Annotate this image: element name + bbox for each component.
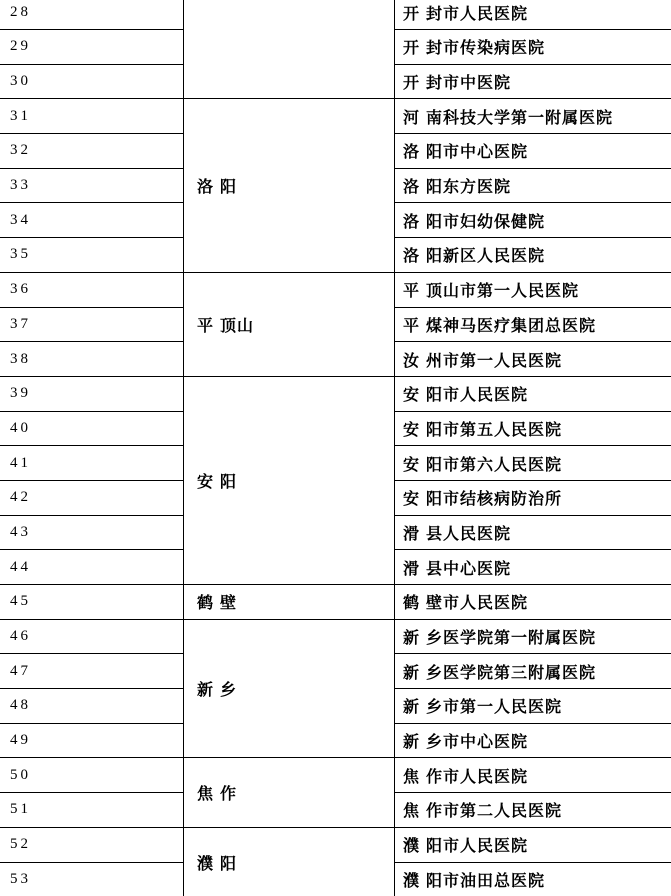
hospital-name: 焦作市第二人民医院 <box>403 798 671 821</box>
city-name: 新乡 <box>197 677 394 700</box>
city-cell: 安阳 <box>184 377 395 585</box>
row-number: 52 <box>10 836 183 853</box>
hospital-cell: 新乡医学院第一附属医院 <box>395 620 671 655</box>
row-number: 28 <box>10 4 183 21</box>
city-cell: 新乡 <box>184 620 395 759</box>
row-number: 42 <box>10 489 183 506</box>
city-name: 平顶山 <box>197 313 394 336</box>
hospital-cell: 安阳市第五人民医院 <box>395 412 671 447</box>
hospital-cell: 濮阳市人民医院 <box>395 828 671 863</box>
row-number: 35 <box>10 246 183 263</box>
row-number-cell: 52 <box>0 828 184 863</box>
city-name: 鹤壁 <box>197 590 394 613</box>
hospital-cell: 安阳市人民医院 <box>395 377 671 412</box>
row-number: 43 <box>10 524 183 541</box>
hospital-cell: 河南科技大学第一附属医院 <box>395 99 671 134</box>
row-number-cell: 33 <box>0 169 184 204</box>
page: 28开封市人民医院29开封市传染病医院30开封市中医院31河南科技大学第一附属医… <box>0 0 671 896</box>
hospital-cell: 新乡市第一人民医院 <box>395 689 671 724</box>
hospital-name: 滑县人民医院 <box>403 521 671 544</box>
hospital-cell: 洛阳市妇幼保健院 <box>395 203 671 238</box>
row-number: 33 <box>10 177 183 194</box>
row-number-cell: 38 <box>0 342 184 377</box>
hospital-name: 滑县中心医院 <box>403 556 671 579</box>
hospital-name: 新乡医学院第三附属医院 <box>403 660 671 683</box>
row-number-cell: 46 <box>0 620 184 655</box>
hospital-cell: 开封市传染病医院 <box>395 30 671 65</box>
row-number-cell: 43 <box>0 516 184 551</box>
row-number: 46 <box>10 628 183 645</box>
row-number-cell: 30 <box>0 65 184 100</box>
row-number-cell: 28 <box>0 0 184 30</box>
row-number-cell: 49 <box>0 724 184 759</box>
hospital-name: 焦作市人民医院 <box>403 764 671 787</box>
row-number-cell: 45 <box>0 585 184 620</box>
row-number-cell: 31 <box>0 99 184 134</box>
hospital-cell: 新乡市中心医院 <box>395 724 671 759</box>
city-cell: 洛阳 <box>184 99 395 272</box>
row-number: 51 <box>10 801 183 818</box>
hospital-cell: 鹤壁市人民医院 <box>395 585 671 620</box>
hospital-name: 濮阳市人民医院 <box>403 833 671 856</box>
hospital-cell: 濮阳市油田总医院 <box>395 863 671 896</box>
row-number: 38 <box>10 351 183 368</box>
row-number: 53 <box>10 871 183 888</box>
row-number-cell: 32 <box>0 134 184 169</box>
row-number-cell: 50 <box>0 758 184 793</box>
row-number: 29 <box>10 38 183 55</box>
hospital-cell: 汝州市第一人民医院 <box>395 342 671 377</box>
hospital-name: 河南科技大学第一附属医院 <box>403 105 671 128</box>
city-name: 焦作 <box>197 781 394 804</box>
hospital-name: 洛阳新区人民医院 <box>403 243 671 266</box>
city-cell <box>184 0 395 99</box>
hospital-cell: 焦作市人民医院 <box>395 758 671 793</box>
hospital-name: 安阳市第五人民医院 <box>403 417 671 440</box>
row-number-cell: 51 <box>0 793 184 828</box>
row-number-cell: 40 <box>0 412 184 447</box>
row-number: 44 <box>10 559 183 576</box>
row-number: 41 <box>10 455 183 472</box>
hospital-cell: 滑县中心医院 <box>395 550 671 585</box>
hospital-name: 洛阳市妇幼保健院 <box>403 209 671 232</box>
row-number: 50 <box>10 767 183 784</box>
city-cell: 鹤壁 <box>184 585 395 620</box>
row-number-cell: 53 <box>0 863 184 896</box>
hospital-name: 汝州市第一人民医院 <box>403 348 671 371</box>
hospital-name: 新乡医学院第一附属医院 <box>403 625 671 648</box>
row-number-cell: 42 <box>0 481 184 516</box>
hospital-cell: 开封市中医院 <box>395 65 671 100</box>
hospital-name: 安阳市人民医院 <box>403 382 671 405</box>
hospital-cell: 平煤神马医疗集团总医院 <box>395 308 671 343</box>
hospital-name: 平顶山市第一人民医院 <box>403 278 671 301</box>
city-cell: 平顶山 <box>184 273 395 377</box>
hospital-cell: 平顶山市第一人民医院 <box>395 273 671 308</box>
hospital-name: 新乡市中心医院 <box>403 729 671 752</box>
row-number: 36 <box>10 281 183 298</box>
hospital-cell: 滑县人民医院 <box>395 516 671 551</box>
row-number-cell: 41 <box>0 446 184 481</box>
hospital-cell: 安阳市结核病防治所 <box>395 481 671 516</box>
row-number-cell: 34 <box>0 203 184 238</box>
hospital-name: 开封市人民医院 <box>403 1 671 24</box>
hospital-cell: 安阳市第六人民医院 <box>395 446 671 481</box>
row-number-cell: 29 <box>0 30 184 65</box>
city-cell: 焦作 <box>184 758 395 827</box>
hospital-name: 洛阳市中心医院 <box>403 139 671 162</box>
row-number-cell: 37 <box>0 308 184 343</box>
row-number-cell: 48 <box>0 689 184 724</box>
row-number-cell: 47 <box>0 654 184 689</box>
row-number: 30 <box>10 73 183 90</box>
hospital-cell: 新乡医学院第三附属医院 <box>395 654 671 689</box>
row-number: 31 <box>10 108 183 125</box>
hospital-name: 新乡市第一人民医院 <box>403 694 671 717</box>
hospital-name: 安阳市结核病防治所 <box>403 486 671 509</box>
city-name: 洛阳 <box>197 174 394 197</box>
hospital-cell: 开封市人民医院 <box>395 0 671 30</box>
hospital-name: 安阳市第六人民医院 <box>403 452 671 475</box>
row-number-cell: 39 <box>0 377 184 412</box>
hospital-name: 开封市中医院 <box>403 70 671 93</box>
hospital-cell: 洛阳新区人民医院 <box>395 238 671 273</box>
hospital-name: 开封市传染病医院 <box>403 35 671 58</box>
hospital-cell: 洛阳市中心医院 <box>395 134 671 169</box>
city-cell: 濮阳 <box>184 828 395 896</box>
hospital-name: 洛阳东方医院 <box>403 174 671 197</box>
row-number-cell: 35 <box>0 238 184 273</box>
city-name: 安阳 <box>197 469 394 492</box>
hospital-table: 28开封市人民医院29开封市传染病医院30开封市中医院31河南科技大学第一附属医… <box>0 0 671 896</box>
hospital-name: 濮阳市油田总医院 <box>403 868 671 891</box>
hospital-name: 平煤神马医疗集团总医院 <box>403 313 671 336</box>
row-number: 32 <box>10 142 183 159</box>
row-number: 34 <box>10 212 183 229</box>
row-number: 45 <box>10 593 183 610</box>
hospital-cell: 焦作市第二人民医院 <box>395 793 671 828</box>
row-number: 47 <box>10 663 183 680</box>
row-number: 39 <box>10 385 183 402</box>
row-number-cell: 36 <box>0 273 184 308</box>
row-number: 37 <box>10 316 183 333</box>
row-number: 48 <box>10 697 183 714</box>
hospital-cell: 洛阳东方医院 <box>395 169 671 204</box>
city-name: 濮阳 <box>197 851 394 874</box>
hospital-name: 鹤壁市人民医院 <box>403 590 671 613</box>
row-number: 40 <box>10 420 183 437</box>
row-number-cell: 44 <box>0 550 184 585</box>
row-number: 49 <box>10 732 183 749</box>
